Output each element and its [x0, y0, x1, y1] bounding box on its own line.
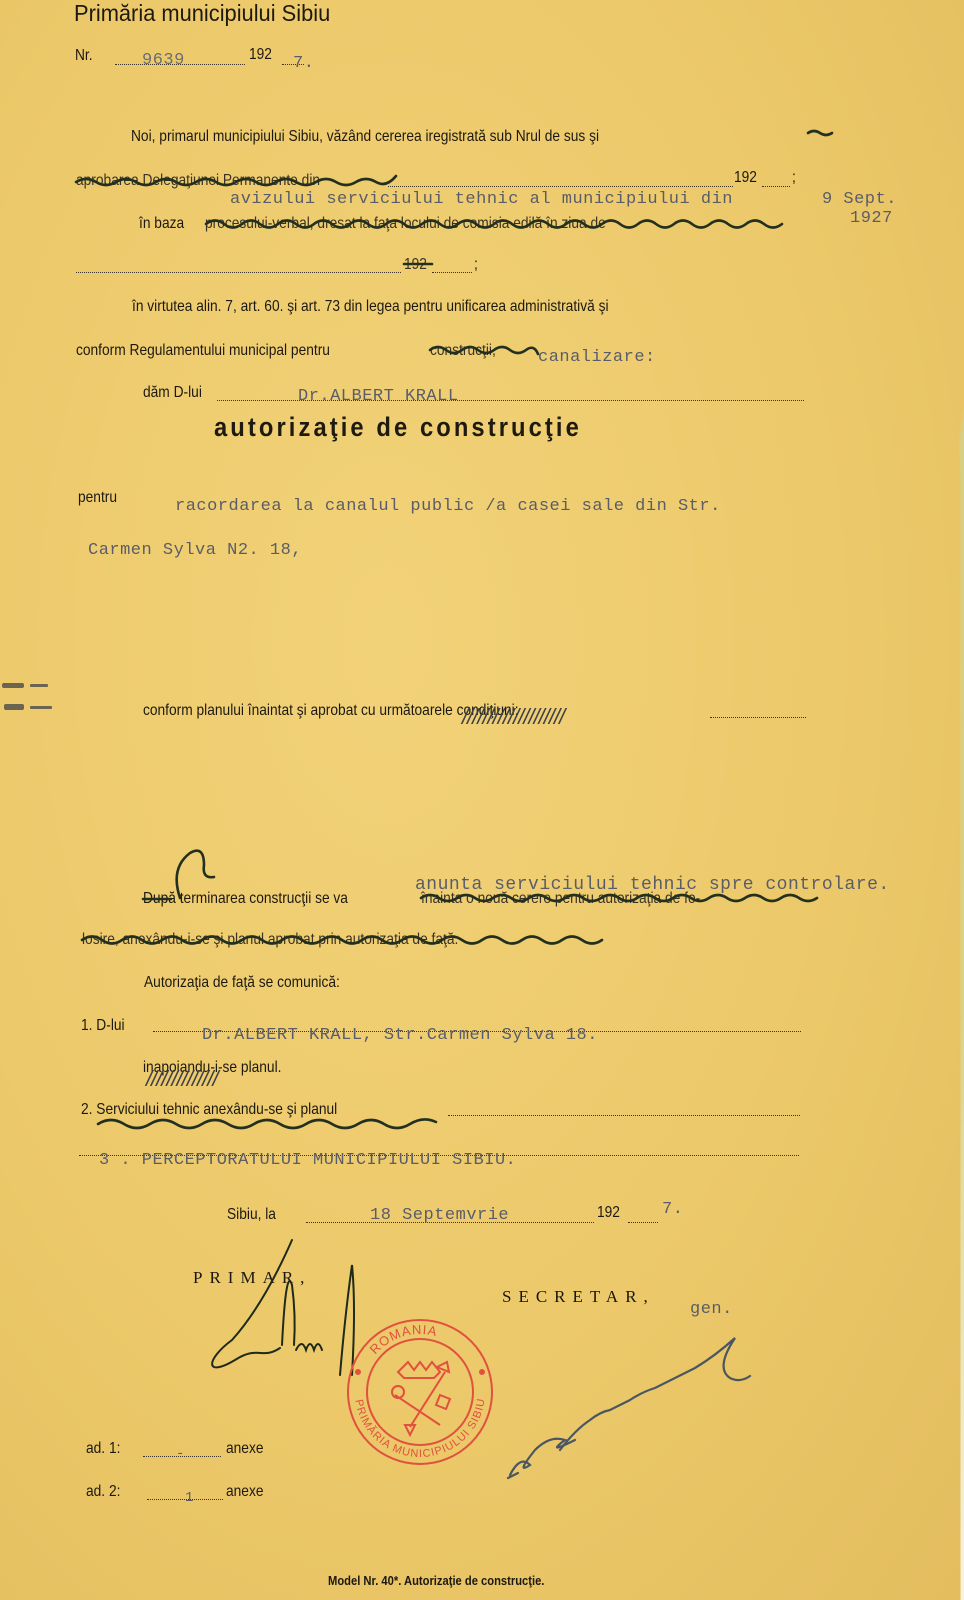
strike-proces-verbal: [206, 221, 782, 228]
seal-stamp: [348, 1320, 492, 1464]
strike-constructii: [430, 347, 538, 354]
handwritten-mark: [177, 851, 214, 898]
strike-si: [808, 131, 832, 135]
margin-marks: [2, 683, 52, 710]
document-page: Primăria municipiului Sibiu Nr. 9639 192…: [0, 0, 964, 1600]
annotations-layer: ROMANIA PRIMĂRIA MUNICIPIULUI SIBIU: [0, 0, 964, 1600]
secretary-signature: [508, 1338, 750, 1478]
strike-completion-2: [82, 937, 602, 944]
strike-aprobarea: [76, 176, 396, 185]
strike-completion-1: [421, 895, 817, 901]
seal-text-bottom: PRIMĂRIA MUNICIPIULUI SIBIU: [352, 1397, 487, 1460]
underline-serviciului: [98, 1119, 436, 1128]
mayor-signature: [212, 1240, 354, 1375]
